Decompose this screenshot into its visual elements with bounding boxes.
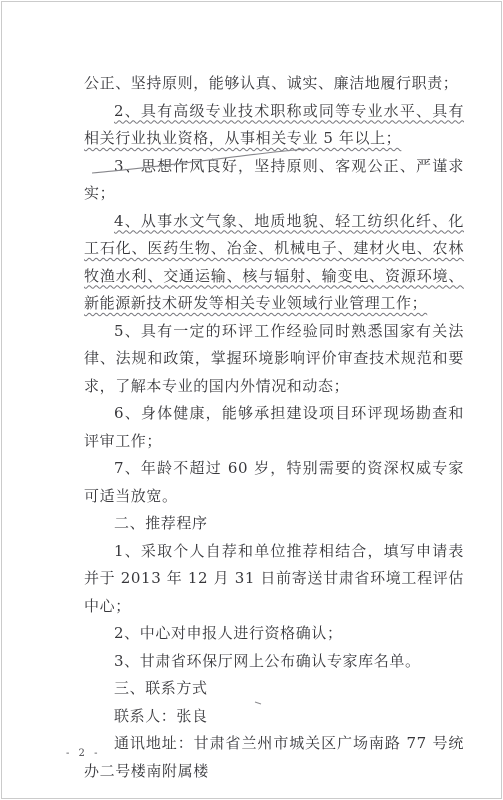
paragraph: 3、思想作风良好，坚持原则、客观公正、严谨求实； (84, 153, 464, 208)
paragraph: 通讯地址：甘肃省兰州市城关区广场南路 77 号统办二号楼南附属楼 (84, 730, 464, 785)
page-number: - 2 - (66, 748, 100, 759)
paragraph: 5、具有一定的环评工作经验同时熟悉国家有关法律、法规和政策，掌握环境影响评价审查… (84, 318, 464, 401)
scanned-document-page: 公正、坚持原则，能够认真、诚实、廉洁地履行职责；2、具有高级专业技术职称或同等专… (0, 0, 503, 800)
paragraph: 二、推荐程序 (84, 510, 464, 538)
paragraph: 7、年龄不超过 60 岁，特别需要的资深权威专家可适当放宽。 (84, 455, 464, 510)
paragraph: 联系人：张良 (84, 703, 464, 731)
paragraph: 公正、坚持原则，能够认真、诚实、廉洁地履行职责； (84, 70, 464, 98)
paragraph: 2、中心对申报人进行资格确认； (84, 620, 464, 648)
paragraph: 2、具有高级专业技术职称或同等专业水平、具有相关行业执业资格，从事相关专业 5 … (84, 98, 464, 153)
paragraph: 6、身体健康，能够承担建设项目环评现场勘查和评审工作； (84, 400, 464, 455)
paragraph: 三、联系方式 (84, 675, 464, 703)
document-body: 公正、坚持原则，能够认真、诚实、廉洁地履行职责；2、具有高级专业技术职称或同等专… (84, 70, 464, 785)
paragraph: 3、甘肃省环保厅网上公布确认专家库名单。 (84, 648, 464, 676)
paragraph: 4、从事水文气象、地质地貌、轻工纺织化纤、化工石化、医药生物、冶金、机械电子、建… (84, 208, 464, 318)
paragraph: 1、采取个人自荐和单位推荐相结合，填写申请表并于 2013 年 12 月 31 … (84, 538, 464, 621)
